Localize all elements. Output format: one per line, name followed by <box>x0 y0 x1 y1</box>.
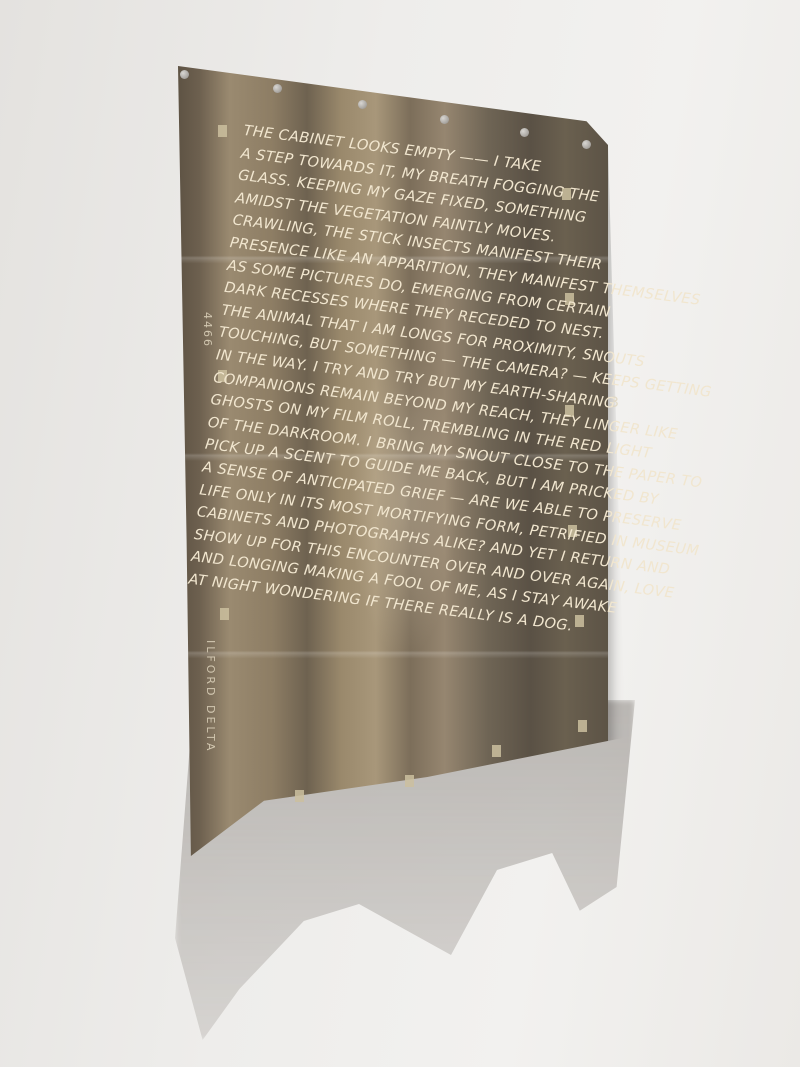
tape-mark <box>218 125 227 137</box>
pin-icon <box>180 70 189 79</box>
tape-mark <box>295 790 304 802</box>
pin-icon <box>358 100 367 109</box>
tape-mark <box>578 720 587 732</box>
pin-icon <box>582 140 591 149</box>
film-edge-brand: ILFORD DELTA <box>204 640 217 753</box>
tape-mark <box>220 608 229 620</box>
tape-mark <box>405 775 414 787</box>
tape-mark <box>492 745 501 757</box>
film-edge-number: 4466 <box>201 312 214 348</box>
pin-icon <box>273 84 282 93</box>
handwritten-poem: The cabinet looks empty —— I take a step… <box>187 120 592 634</box>
tape-mark <box>575 615 584 627</box>
pin-icon <box>440 115 449 124</box>
pin-icon <box>520 128 529 137</box>
